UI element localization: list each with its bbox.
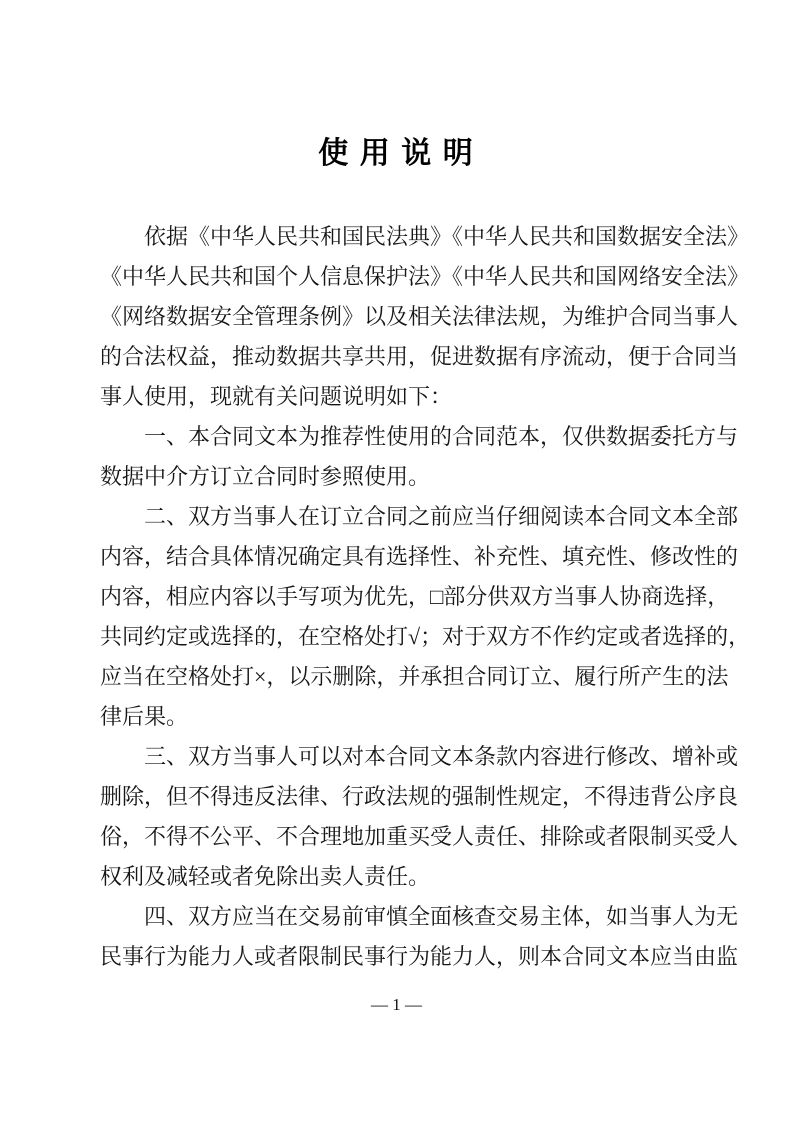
page-title: 使 用 说 明: [0, 0, 793, 177]
text-line: 的合法权益，推动数据共享共用，促进数据有序流动，便于合同当: [100, 337, 694, 377]
text-line: 应当在空格处打×，以示删除，并承担合同订立、履行所产生的法: [100, 657, 694, 697]
paragraph: 三、双方当事人可以对本合同文本条款内容进行修改、增补或 删除，但不得违反法律、行…: [100, 737, 694, 897]
text-line: 内容，相应内容以手写项为优先，□部分供双方当事人协商选择，: [100, 577, 694, 617]
text-line: 共同约定或选择的，在空格处打√；对于双方不作约定或者选择的，: [100, 617, 694, 657]
text-line: 民事行为能力人或者限制民事行为能力人，则本合同文本应当由监: [100, 937, 694, 977]
document-page: 使 用 说 明 依据《中华人民共和国民法典》《中华人民共和国数据安全法》 《中华…: [0, 0, 793, 1122]
text-line: 律后果。: [100, 697, 694, 737]
text-line: 内容，结合具体情况确定具有选择性、补充性、填充性、修改性的: [100, 537, 694, 577]
text-line: 俗，不得不公平、不合理地加重买受人责任、排除或者限制买受人: [100, 817, 694, 857]
text-line: 依据《中华人民共和国民法典》《中华人民共和国数据安全法》: [100, 217, 694, 257]
text-line: 二、双方当事人在订立合同之前应当仔细阅读本合同文本全部: [100, 497, 694, 537]
page-number: — 1 —: [0, 990, 793, 1020]
text-line: 《网络数据安全管理条例》以及相关法律法规，为维护合同当事人: [100, 297, 694, 337]
document-body: 依据《中华人民共和国民法典》《中华人民共和国数据安全法》 《中华人民共和国个人信…: [100, 217, 694, 977]
paragraph: 一、本合同文本为推荐性使用的合同范本，仅供数据委托方与 数据中介方订立合同时参照…: [100, 417, 694, 497]
text-line: 一、本合同文本为推荐性使用的合同范本，仅供数据委托方与: [100, 417, 694, 457]
paragraph: 四、双方应当在交易前审慎全面核查交易主体，如当事人为无 民事行为能力人或者限制民…: [100, 897, 694, 977]
text-line: 三、双方当事人可以对本合同文本条款内容进行修改、增补或: [100, 737, 694, 777]
text-line: 事人使用，现就有关问题说明如下：: [100, 377, 694, 417]
text-line: 《中华人民共和国个人信息保护法》《中华人民共和国网络安全法》: [100, 257, 694, 297]
paragraph: 依据《中华人民共和国民法典》《中华人民共和国数据安全法》 《中华人民共和国个人信…: [100, 217, 694, 417]
text-line: 数据中介方订立合同时参照使用。: [100, 457, 694, 497]
text-line: 权利及减轻或者免除出卖人责任。: [100, 857, 694, 897]
paragraph: 二、双方当事人在订立合同之前应当仔细阅读本合同文本全部 内容，结合具体情况确定具…: [100, 497, 694, 737]
text-line: 四、双方应当在交易前审慎全面核查交易主体，如当事人为无: [100, 897, 694, 937]
text-line: 删除，但不得违反法律、行政法规的强制性规定，不得违背公序良: [100, 777, 694, 817]
